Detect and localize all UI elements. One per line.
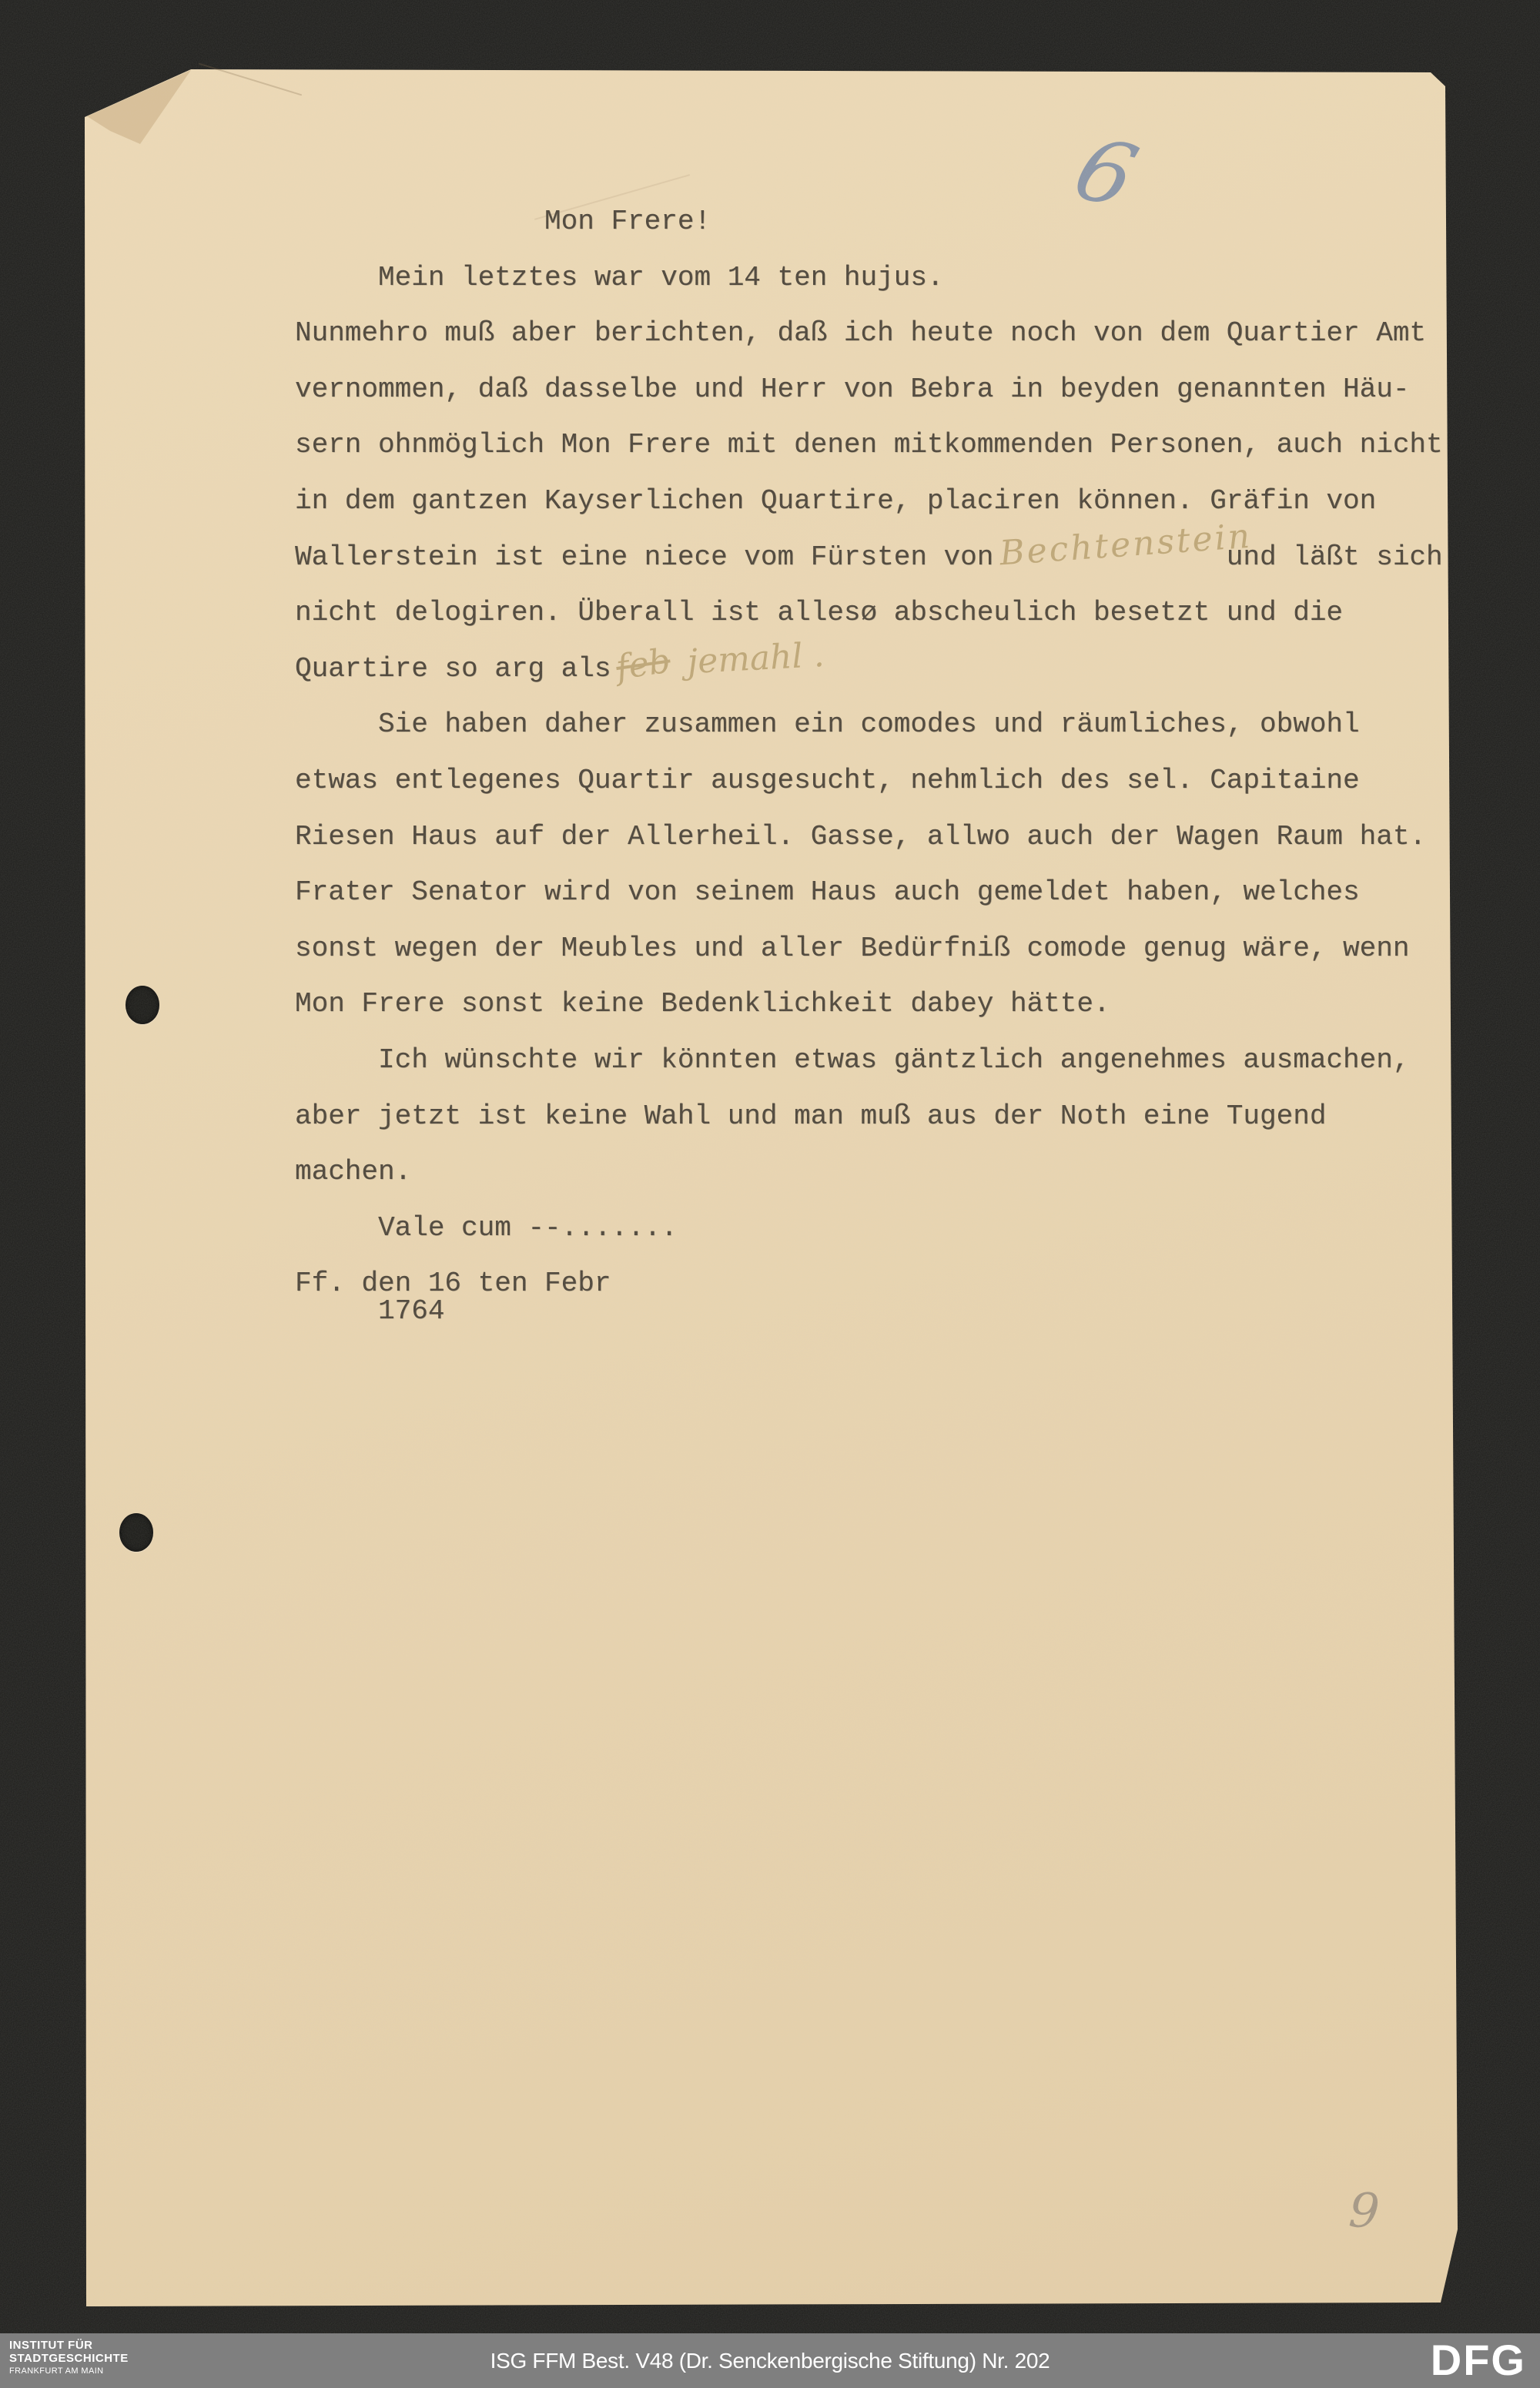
letter-line: Nunmehro muß aber berichten, daß ich heu… — [295, 306, 1481, 362]
letter-line: machen. — [295, 1144, 1481, 1201]
letter-line: vernommen, daß dasselbe und Herr von Beb… — [295, 362, 1481, 418]
letter-line: Quartire so arg als — [295, 641, 1481, 698]
punch-hole — [119, 1513, 153, 1552]
dfg-logo: DFG — [1431, 2335, 1526, 2385]
letter-line: Ich wünschte wir könnten etwas gäntzlich… — [295, 1033, 1481, 1089]
handwritten-word: jemahl . — [686, 635, 825, 682]
letter-line: Frater Senator wird von seinem Haus auch… — [295, 865, 1481, 921]
letter-line: sonst wegen der Meubles und aller Bedürf… — [295, 921, 1481, 977]
handwritten-struck-word: feb — [614, 641, 673, 688]
letter-line: nicht delogiren. Überall ist allesø absc… — [295, 585, 1481, 641]
letter-line: Riesen Haus auf der Allerheil. Gasse, al… — [295, 809, 1481, 866]
letter-line: Vale cum --....... — [295, 1201, 1481, 1257]
letter-line: in dem gantzen Kayserlichen Quartire, pl… — [295, 474, 1481, 530]
letter-line: Sie haben daher zusammen ein comodes und… — [295, 697, 1481, 753]
archive-reference-caption: ISG FFM Best. V48 (Dr. Senckenbergische … — [0, 2333, 1540, 2388]
punch-hole — [126, 986, 159, 1024]
letter-line: aber jetzt ist keine Wahl und man muß au… — [295, 1089, 1481, 1145]
archive-footer-bar: INSTITUT FÜR STADTGESCHICHTE FRANKFURT A… — [0, 2333, 1540, 2388]
letter-line: sern ohnmöglich Mon Frere mit denen mitk… — [295, 417, 1481, 474]
letter-line: etwas entlegenes Quartir ausgesucht, neh… — [295, 753, 1481, 809]
letter-line: Mon Frere! — [295, 194, 1481, 250]
scan-viewer: Mon Frere! Mein letztes war vom 14 ten h… — [0, 0, 1540, 2388]
letter-line: Mon Frere sonst keine Bedenklichkeit dab… — [295, 976, 1481, 1033]
letter-line: Wallerstein ist eine niece vom Fürsten v… — [295, 530, 1481, 586]
handwritten-page-number-bottom: 9 — [1347, 2182, 1381, 2240]
letter-body: Mon Frere! Mein letztes war vom 14 ten h… — [295, 194, 1481, 1339]
letter-line: Mein letztes war vom 14 ten hujus. — [295, 250, 1481, 306]
